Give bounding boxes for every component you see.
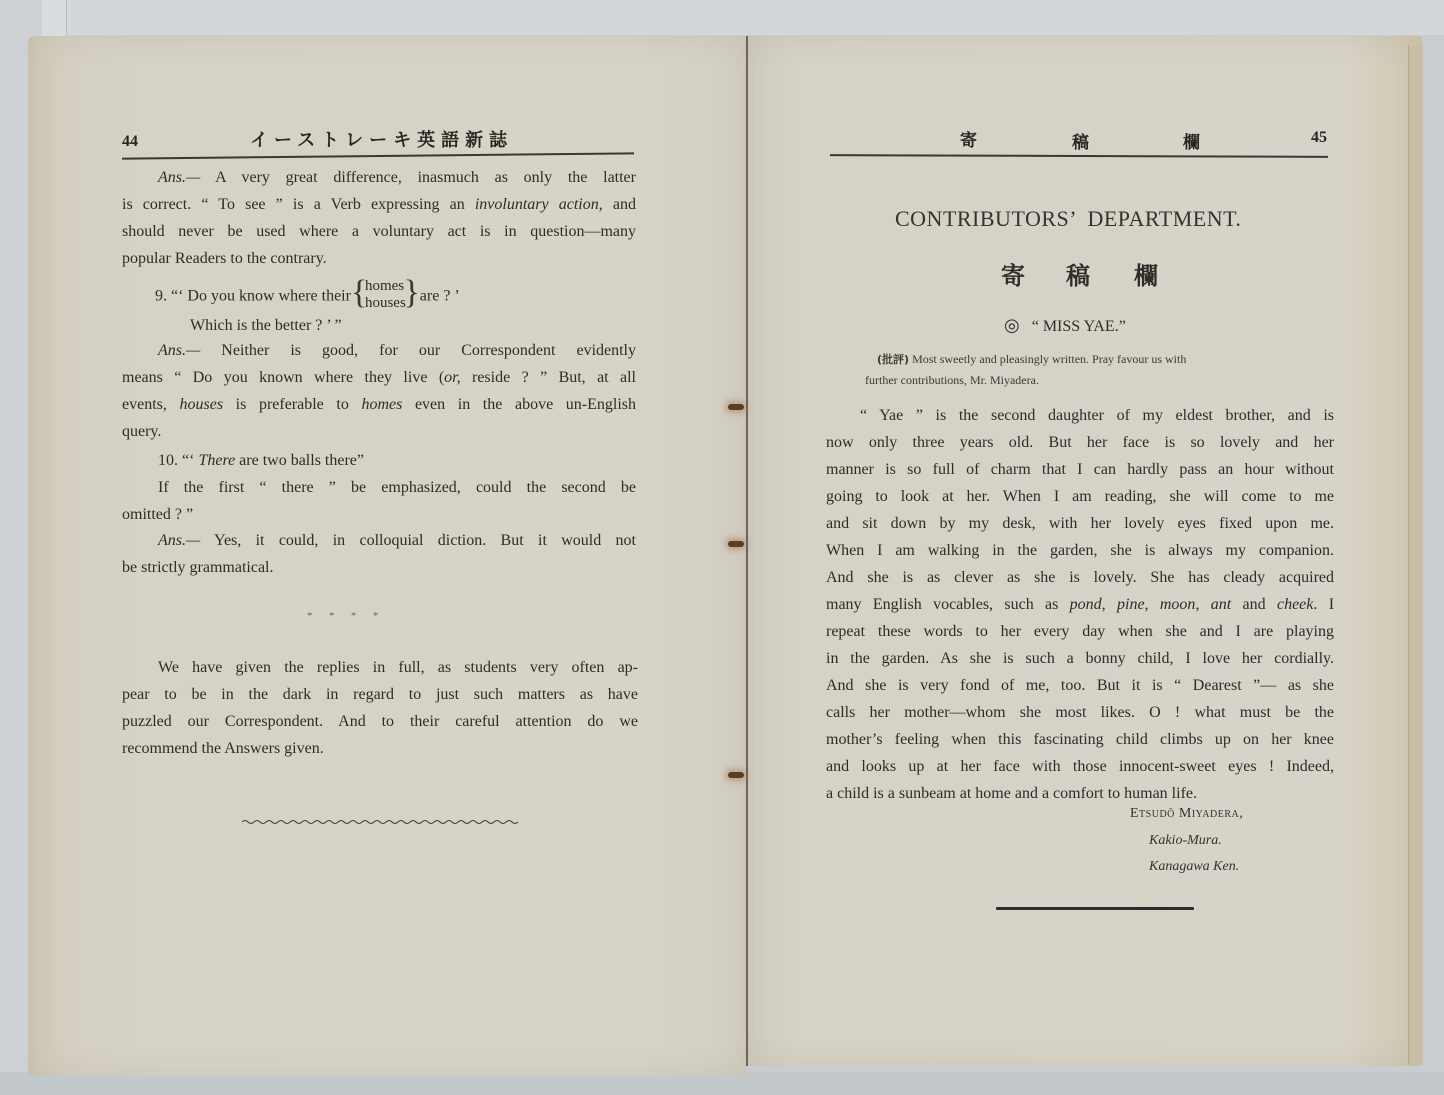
author-prefecture: Kanagawa Ken. [1149,859,1239,875]
section-title-english: CONTRIBUTORS’ DEPARTMENT. [895,206,1241,232]
word-choice-brace: { homes houses } [355,278,416,316]
right-running-header-1: 寄 [960,126,977,151]
left-running-header: イーストレーキ英語新誌 [250,126,513,152]
wavy-end-rule [242,818,520,826]
section-title-japanese-2: 稿 [1066,256,1090,291]
answer-8: Ans.— A very great difference, inasmuch … [122,164,636,272]
answer-10: Ans.— Yes, it could, in colloquial dicti… [122,527,636,581]
right-running-header-2: 稿 [1072,128,1089,153]
section-title-japanese-3: 欄 [1134,256,1158,291]
page-edge [1408,45,1423,1065]
staple-mark [728,772,744,778]
left-page-number: 44 [122,133,138,151]
article-end-rule [996,907,1194,910]
staple-mark [728,541,744,547]
question-9: 9. “‘ Do you know where their { homes ho… [155,278,635,316]
editor-critique: (批評) Most sweetly and pleasingly written… [865,349,1295,391]
author-village: Kakio-Mura. [1149,833,1222,849]
section-separator-stars: * * * * [307,610,379,622]
book-gutter [746,36,748,1066]
question-10: 10. “‘ There are two balls there” If the… [122,447,636,528]
critique-label: (批評) [877,353,909,366]
right-running-header-3: 欄 [1183,128,1200,153]
double-circle-icon: ◎ [1004,315,1020,336]
closing-paragraph: We have given the replies in full, as st… [122,654,638,762]
backdrop-top [66,0,1444,35]
author-name: Etsudō Miyadera, [1130,806,1243,822]
answer-label: Ans.— [158,169,200,186]
section-title-japanese-1: 寄 [1001,256,1025,291]
answer-9: Ans.— Neither is good, for our Correspon… [122,337,636,445]
article-body: “ Yae ” is the second daughter of my eld… [826,402,1334,807]
article-title: ◎ “ MISS YAE.” [1004,315,1126,336]
staple-mark [728,404,744,410]
right-page-number: 45 [1311,129,1327,147]
question-9-line2: Which is the better ? ’ ” [190,312,590,339]
